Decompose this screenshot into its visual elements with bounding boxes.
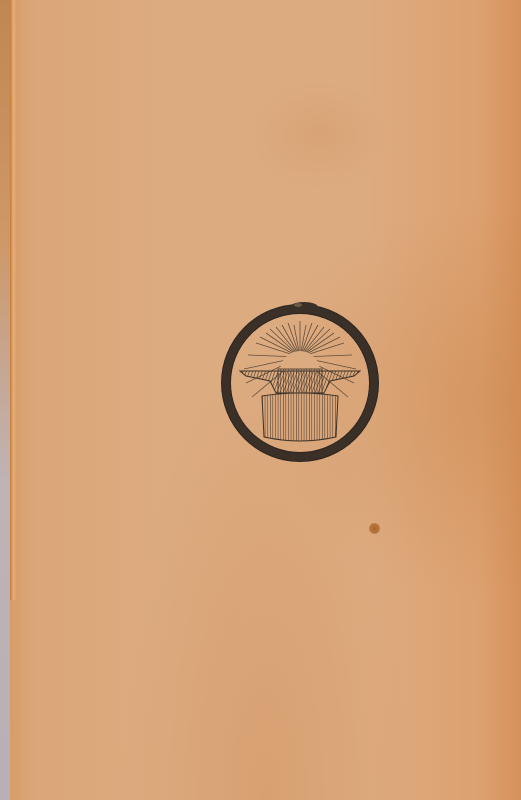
stain (250, 80, 390, 190)
sun-disc-icon (280, 351, 320, 371)
worn-left-edge (10, 0, 16, 600)
foxing-spot (369, 523, 380, 534)
tree-stump-icon (262, 393, 338, 441)
book-back-cover (0, 0, 521, 800)
anvil-icon (240, 369, 360, 393)
ouroboros-anvil-emblem (218, 299, 382, 463)
